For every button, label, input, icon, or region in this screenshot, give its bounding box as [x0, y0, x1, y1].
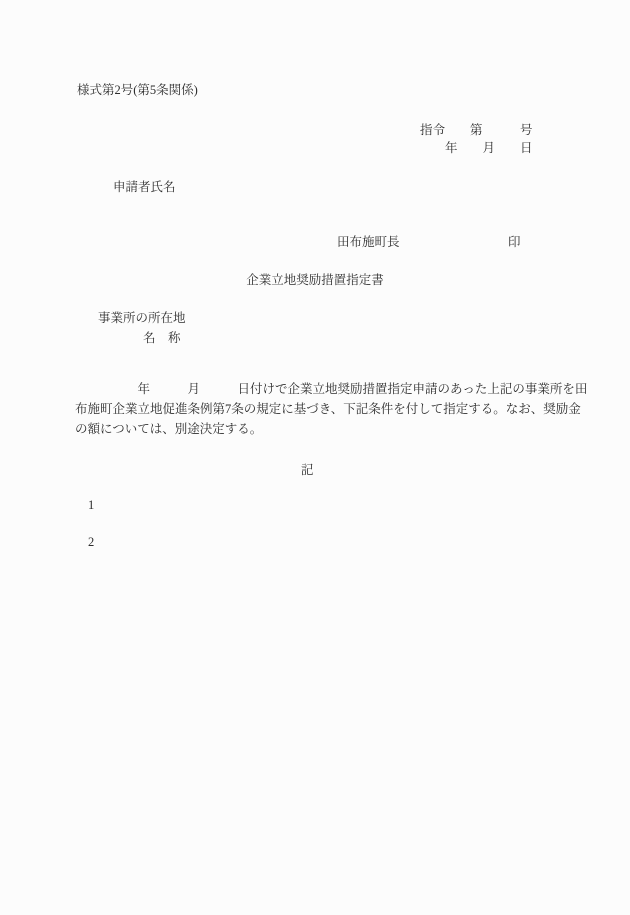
document-page: 様式第2号(第5条関係) 指令 第 号 年 月 日 申請者氏名 田布施町長 印 … [0, 0, 630, 915]
mayor-title: 田布施町長 [337, 236, 400, 249]
directive-number-line: 指令 第 号 [420, 124, 533, 137]
body-paragraph-line: の額については、別途決定する。 [75, 423, 262, 436]
issue-date-line: 年 月 日 [445, 142, 533, 155]
body-paragraph-line: 布施町企業立地促進条例第7条の規定に基づき、下記条件を付して指定する。なお、奨励… [75, 403, 581, 416]
condition-item-1: 1 [88, 499, 94, 512]
office-location-label: 事業所の所在地 [98, 312, 186, 325]
document-title: 企業立地奨励措置指定書 [0, 274, 630, 287]
applicant-name-label: 申請者氏名 [113, 181, 176, 194]
record-marker: 記 [301, 464, 314, 477]
condition-item-2: 2 [88, 536, 94, 549]
body-paragraph-line: 年 月 日付けで企業立地奨励措置指定申請のあった上記の事業所を田 [75, 383, 587, 396]
seal-placeholder: 印 [508, 236, 521, 249]
office-name-label: 名 称 [143, 332, 181, 345]
form-number: 様式第2号(第5条関係) [77, 84, 198, 97]
